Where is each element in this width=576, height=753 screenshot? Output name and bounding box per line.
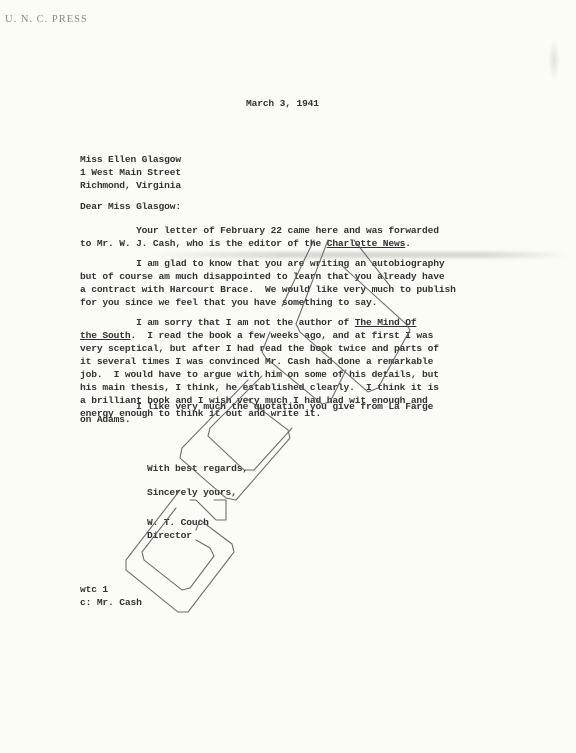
recipient-city: Richmond, Virginia (80, 180, 181, 191)
signoff: Sincerely yours, (147, 486, 237, 499)
newspaper-title: Charlotte News (327, 238, 406, 249)
book-title-part1: The Mind Of (355, 317, 417, 328)
paragraph-2: I am glad to know that you are writing a… (80, 257, 456, 309)
paragraph-line: it several times I was convinced Mr. Cas… (80, 356, 433, 367)
paragraph-line: a contract with Harcourt Brace. We would… (80, 284, 456, 295)
notations: wtc 1 c: Mr. Cash (80, 583, 142, 609)
paragraph-line: on Adams. (80, 414, 130, 425)
margin-mark (548, 40, 560, 80)
recipient-name: Miss Ellen Glasgow (80, 154, 181, 165)
closing: With best regards, (147, 462, 248, 475)
signer-title: Director (147, 530, 192, 541)
paragraph-line: for you since we feel that you have some… (80, 297, 377, 308)
letter-date: March 3, 1941 (246, 97, 319, 110)
paragraph-line: his main thesis, I think, he established… (80, 382, 439, 393)
paragraph-line: I am glad to know that you are writing a… (80, 258, 444, 269)
recipient-address: Miss Ellen Glasgow 1 West Main Street Ri… (80, 153, 181, 192)
signature-block: W. T. Couch Director (147, 516, 209, 542)
punctuation: . (405, 238, 411, 249)
paragraph-line: very sceptical, but after I had read the… (80, 343, 439, 354)
letter-page: U. N. C. PRESS March 3, 1941 Miss Ellen … (0, 0, 576, 753)
salutation: Dear Miss Glasgow: (80, 200, 181, 213)
recipient-street: 1 West Main Street (80, 167, 181, 178)
signer-name: W. T. Couch (147, 517, 209, 528)
paragraph-line: I like very much the quotation you give … (80, 401, 433, 412)
typist-initials: wtc 1 (80, 584, 108, 595)
paragraph-4: I like very much the quotation you give … (80, 400, 433, 426)
carbon-copy: c: Mr. Cash (80, 597, 142, 608)
letterhead: U. N. C. PRESS (5, 14, 88, 25)
paragraph-1: Your letter of February 22 came here and… (80, 224, 439, 250)
paragraph-line: but of course am much disappointed to le… (80, 271, 444, 282)
paragraph-line: job. I would have to argue with him on s… (80, 369, 439, 380)
book-title-part2: the South (80, 330, 130, 341)
paragraph-line: Your letter of February 22 came here and… (80, 225, 439, 236)
paragraph-line: . I read the book a few weeks ago, and a… (130, 330, 433, 341)
paragraph-line: I am sorry that I am not the author of (80, 317, 355, 328)
paragraph-line: to Mr. W. J. Cash, who is the editor of … (80, 238, 327, 249)
